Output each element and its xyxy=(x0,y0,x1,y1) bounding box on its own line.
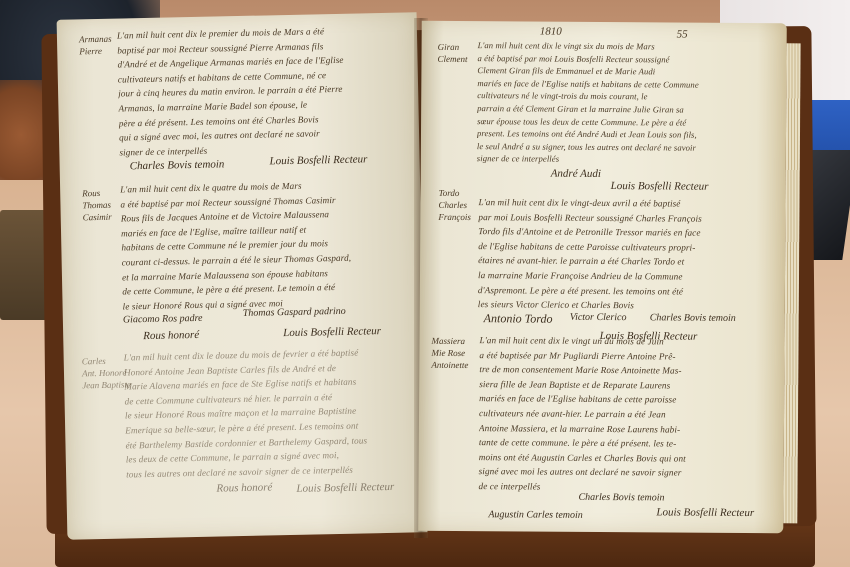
entry-line: la marraine Marie Françoise Andrieu de l… xyxy=(478,268,763,285)
right-page: 1810 55 Giran Clement L'an mil huit cent… xyxy=(418,21,787,534)
register-entry: L'an mil huit cent dix le premier du moi… xyxy=(117,22,410,159)
register-entry: L'an mil huit cent dix le vingt un du mo… xyxy=(478,333,769,496)
signature: Giacomo Ros padre xyxy=(123,313,203,326)
margin-line: Giran xyxy=(438,41,468,53)
register-entry: L'an mil huit cent dix le vingt-deux avr… xyxy=(478,195,764,314)
margin-line: Pierre xyxy=(79,45,112,58)
signature: Charles Bovis temoin xyxy=(578,492,664,504)
margin-line: Charles xyxy=(438,199,471,211)
margin-line: Thomas xyxy=(82,199,111,212)
margin-line: Antoinette xyxy=(431,359,468,371)
signature: Augustin Carles temoin xyxy=(488,509,583,521)
signature: Rous honoré xyxy=(216,481,272,494)
entry-line: signer de ce interpellés xyxy=(477,152,757,167)
signature: Louis Bosfelli Recteur xyxy=(611,180,709,193)
margin-line: Massiera xyxy=(432,335,469,347)
page-number: 55 xyxy=(677,29,688,41)
register-entry: L'an mil huit cent dix le quatre du mois… xyxy=(120,176,413,313)
signature: Charles Bovis temoin xyxy=(650,312,736,324)
margin-line: Rous xyxy=(82,187,111,200)
signature: Antonio Tordo xyxy=(484,311,553,326)
signature: Louis Bosfelli Recteur xyxy=(296,481,394,495)
margin-line: Mie Rose xyxy=(431,347,468,359)
signature: Victor Clerico xyxy=(570,312,627,323)
margin-note: Tordo Charles François xyxy=(438,187,471,223)
register-entry: L'an mil huit cent dix le douze du mois … xyxy=(124,344,417,481)
entry-line: Tordo fils d'Antoine et de Petronille Tr… xyxy=(478,224,763,241)
signature: Thomas Gaspard padrino xyxy=(243,306,346,319)
margin-note: Armanas Pierre xyxy=(79,33,112,58)
margin-line: Clement xyxy=(437,53,467,65)
header-year: 1810 xyxy=(540,26,562,38)
margin-line: François xyxy=(438,211,471,223)
signature: Louis Bosfelli Recteur xyxy=(269,153,367,167)
signature: Louis Bosfelli Recteur xyxy=(656,506,754,519)
signature: André Audi xyxy=(551,168,601,180)
left-page: Armanas Pierre L'an mil huit cent dix le… xyxy=(57,12,428,539)
margin-line: Tordo xyxy=(439,187,472,199)
margin-note: Rous Thomas Casimir xyxy=(82,187,112,224)
margin-note: Giran Clement xyxy=(437,41,467,65)
signature: Rous honoré xyxy=(143,329,199,342)
entry-line: L'an mil huit cent dix le vingt-deux avr… xyxy=(478,195,763,212)
margin-line: Casimir xyxy=(83,211,112,224)
signature: Louis Bosfelli Recteur xyxy=(283,325,381,339)
entry-line: tante de cette commune. le père a été pr… xyxy=(479,435,769,452)
entry-line: cultivateurs née avant-hier. Le parrain … xyxy=(479,406,769,423)
margin-line: Armanas xyxy=(79,33,112,46)
signature: Charles Bovis temoin xyxy=(130,158,225,172)
register-entry: L'an mil huit cent dix le vingt six du m… xyxy=(477,39,758,167)
margin-note: Massiera Mie Rose Antoinette xyxy=(431,335,468,371)
entry-line: L'an mil huit cent dix le vingt un du mo… xyxy=(480,333,770,350)
